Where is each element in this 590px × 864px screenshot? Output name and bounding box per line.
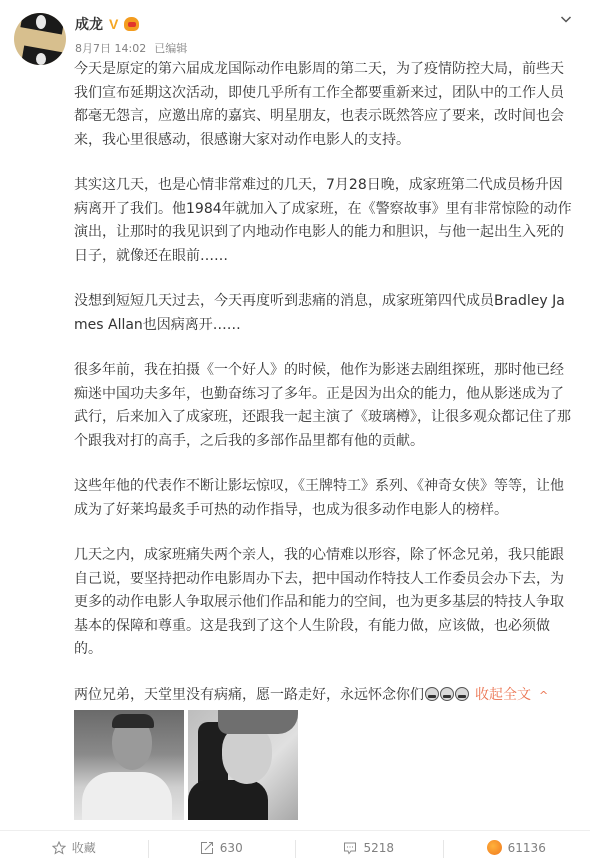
post-paragraph: 没想到短短几天过去，今天再度听到悲痛的消息，成家班第四代成员Bradley Ja… bbox=[74, 290, 574, 337]
photo-graphic bbox=[188, 780, 268, 820]
photo-graphic bbox=[112, 714, 154, 728]
edited-label[interactable]: 已编辑 bbox=[154, 40, 187, 56]
repost-count: 630 bbox=[220, 841, 243, 855]
post-paragraph: 这些年他的代表作不断让影坛惊叹，《王牌特工》系列、《神奇女侠》等等，让他成为了好… bbox=[74, 475, 574, 522]
photo-yang-sheng[interactable] bbox=[188, 710, 298, 820]
post-paragraph: 很多年前，我在拍摄《一个好人》的时候，他作为影迷去剧组探班，那时他已经痴迷中国功… bbox=[74, 359, 574, 453]
avatar-graphic bbox=[36, 53, 46, 65]
post-paragraph: 今天是原定的第六届成龙国际动作电影周的第二天，为了疫情防控大局，前些天我们宣布延… bbox=[74, 58, 574, 152]
comment-button[interactable]: 5218 bbox=[295, 831, 443, 864]
like-button[interactable]: 61136 bbox=[443, 831, 590, 864]
crying-emoji-icon bbox=[425, 687, 439, 701]
comment-icon bbox=[343, 841, 357, 855]
like-count: 61136 bbox=[508, 841, 546, 855]
photo-graphic bbox=[218, 710, 298, 734]
favorite-label: 收藏 bbox=[72, 839, 96, 856]
photo-graphic bbox=[222, 726, 272, 784]
crying-emoji-icon bbox=[440, 687, 454, 701]
photo-graphic bbox=[82, 772, 172, 820]
post-meta: 8月7日 14:02 已编辑 bbox=[75, 40, 187, 56]
post-timestamp[interactable]: 8月7日 14:02 bbox=[75, 40, 146, 56]
repost-icon bbox=[200, 841, 214, 855]
author-name[interactable]: 成龙 bbox=[75, 14, 103, 34]
post-images bbox=[74, 710, 298, 820]
avatar-graphic bbox=[36, 15, 46, 29]
favorite-button[interactable]: 收藏 bbox=[0, 831, 148, 864]
post-menu-button[interactable] bbox=[560, 10, 572, 22]
post-body: 今天是原定的第六届成龙国际动作电影周的第二天，为了疫情防控大局，前些天我们宣布延… bbox=[74, 58, 574, 707]
action-bar: 收藏 630 5218 61136 bbox=[0, 830, 590, 864]
verified-badge-icon[interactable]: V bbox=[109, 17, 118, 31]
post-closing-line: 两位兄弟，天堂里没有病痛，愿一路走好，永远怀念你们收起全文^ bbox=[74, 684, 574, 708]
chevron-up-icon[interactable]: ^ bbox=[539, 689, 548, 702]
member-badge-icon[interactable] bbox=[124, 17, 139, 31]
collapse-full-text-link[interactable]: 收起全文 bbox=[475, 687, 531, 703]
post-paragraph: 几天之内，成家班痛失两个亲人，我的心情难以形容，除了怀念兄弟，我只能跟自己说，要… bbox=[74, 544, 574, 662]
repost-button[interactable]: 630 bbox=[148, 831, 296, 864]
star-icon bbox=[52, 841, 66, 855]
photo-bradley-james-allan[interactable] bbox=[74, 710, 184, 820]
avatar[interactable] bbox=[14, 13, 66, 65]
chevron-down-icon bbox=[560, 13, 572, 25]
crying-emoji-icon bbox=[455, 687, 469, 701]
thumbs-up-icon bbox=[487, 840, 502, 855]
comment-count: 5218 bbox=[363, 841, 394, 855]
post-paragraph: 其实这几天，也是心情非常难过的几天，7月28日晚，成家班第二代成员杨升因病离开了… bbox=[74, 174, 574, 268]
author-row: 成龙 V bbox=[75, 14, 139, 34]
closing-text: 两位兄弟，天堂里没有病痛，愿一路走好，永远怀念你们 bbox=[74, 687, 424, 703]
